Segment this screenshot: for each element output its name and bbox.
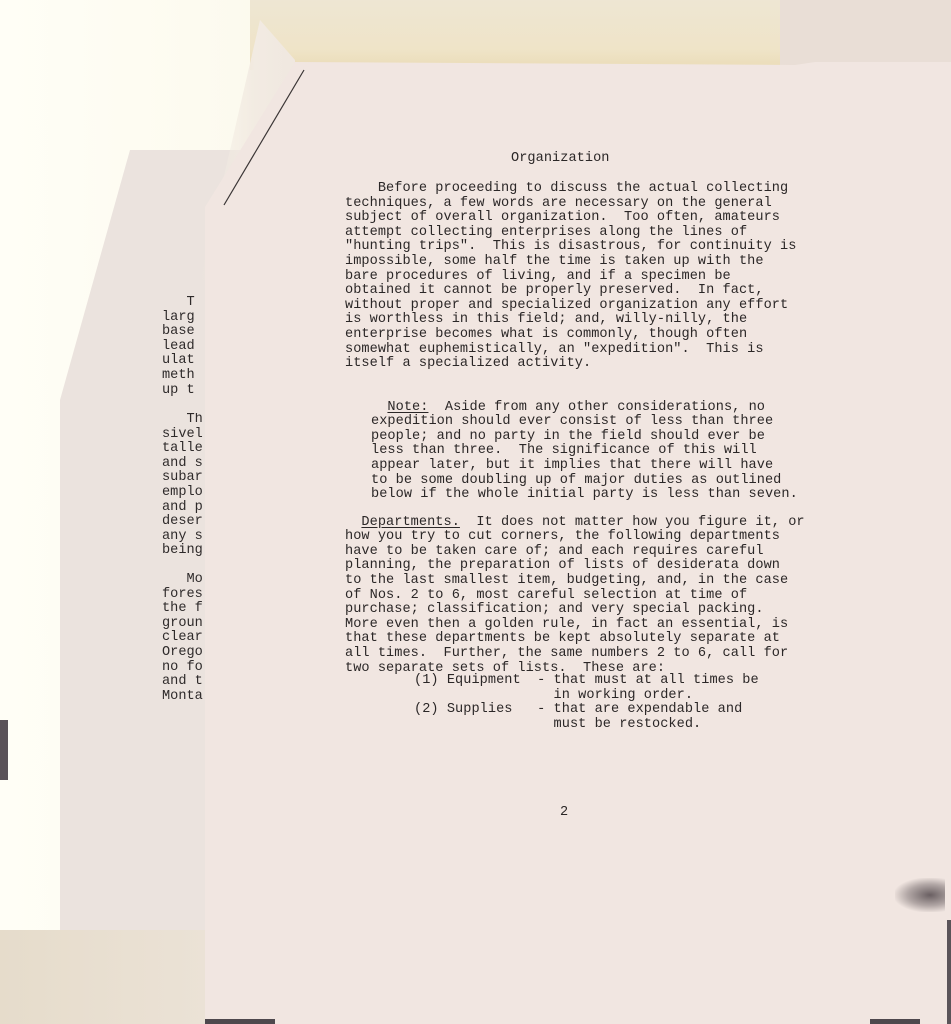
bottom-edge-mark-left: [205, 1019, 275, 1024]
departments-paragraph: Departments. It does not matter how you …: [345, 501, 805, 676]
left-bottom-region: [0, 930, 210, 1024]
page-title: Organization: [511, 152, 610, 167]
list-of-sets: (1) Equipment - that must at all times b…: [414, 674, 759, 732]
left-page-text-block-2: Th sivel talle and s subar emplo and p d…: [162, 413, 212, 559]
bottom-edge-mark-right: [870, 1019, 920, 1024]
note-paragraph: Note: Aside from any other consideration…: [371, 386, 798, 503]
note-label: Note:: [387, 400, 428, 415]
ink-smudge: [895, 878, 945, 912]
note-body: Aside from any other considerations, no …: [371, 400, 798, 503]
right-edge-shadow: [947, 920, 951, 1024]
departments-heading: Departments.: [361, 515, 460, 530]
left-page-text-block-1: T larg base lead ulat meth up t: [162, 296, 212, 398]
intro-paragraph: Before proceeding to discuss the actual …: [345, 182, 796, 372]
page-number: 2: [560, 806, 568, 821]
left-page-text-block-3: Mo fores the f groun clear Orego no fo a…: [162, 573, 212, 704]
departments-body: It does not matter how you figure it, or…: [345, 515, 805, 676]
left-edge-shadow: [0, 720, 8, 780]
